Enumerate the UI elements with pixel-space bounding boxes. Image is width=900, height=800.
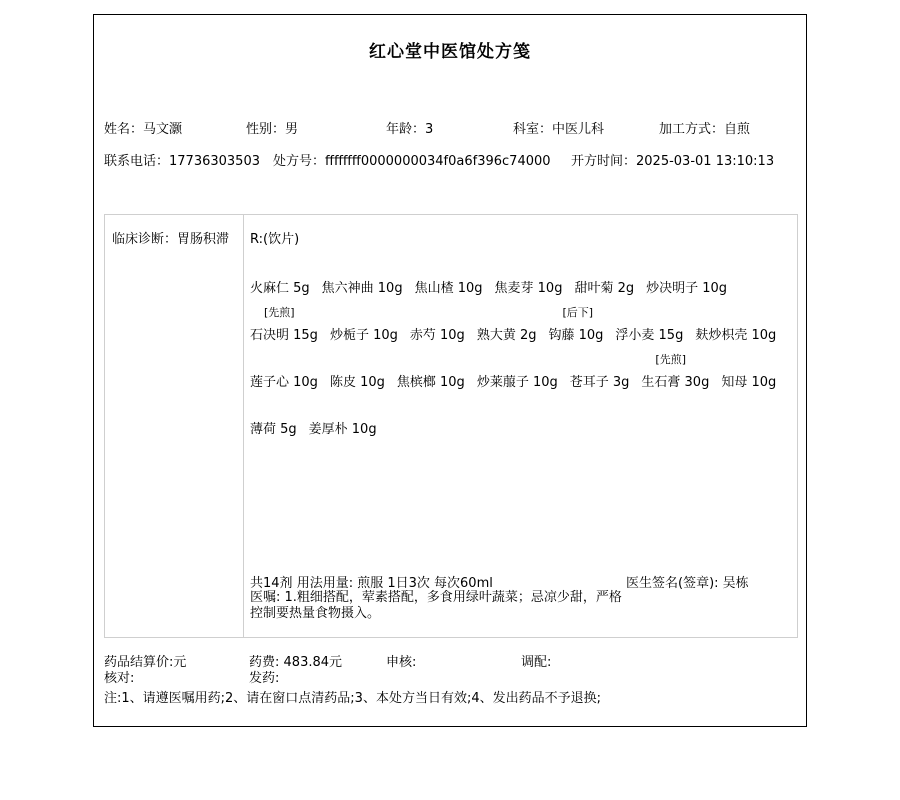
decoction-note: [先煎]	[264, 304, 295, 320]
prescription-page: 红心堂中医馆处方笺 姓名：马文灏 性别：男 年龄：3 科室：中医儿科 加工方式：…	[0, 0, 900, 800]
patient-info-row-2: 联系电话：17736303503 处方号：ffffffff0000000034f…	[94, 150, 806, 168]
herb-item: 薄荷 5g	[250, 418, 297, 437]
patient-name-field: 姓名：马文灏	[104, 118, 182, 137]
herb-item: 炒莱菔子 10g	[477, 371, 558, 390]
patient-age-field: 年龄：3	[386, 118, 433, 137]
field-label: 性别：	[246, 122, 285, 137]
decoction-note: [先煎]	[655, 351, 686, 367]
herb-item: 钩藤 10g[后下]	[548, 324, 603, 343]
field-value: 马文灏	[143, 122, 182, 137]
herb-item: 焦六神曲 10g	[322, 277, 403, 296]
rx-summary: 共14剂 用法用量: 煎服 1日3次 每次60ml 医生签名(签章): 吴栋	[250, 572, 795, 591]
herb-item: 苍耳子 3g	[570, 371, 630, 390]
prescription-sheet: 红心堂中医馆处方笺 姓名：马文灏 性别：男 年龄：3 科室：中医儿科 加工方式：…	[93, 14, 807, 727]
herb-line: 火麻仁 5g焦六神曲 10g焦山楂 10g焦麦芽 10g甜叶菊 2g炒决明子 1…	[250, 256, 795, 303]
check-label: 核对:	[104, 667, 134, 686]
footer-row-1: 药品结算价:元 药费: 483.84元 申核: 调配:	[94, 651, 806, 667]
herb-item: 焦山楂 10g	[415, 277, 483, 296]
footer-row-2: 核对: 发药:	[94, 667, 806, 683]
doctor-signature: 医生签名(签章): 吴栋	[626, 572, 749, 591]
herb-item: 莲子心 10g	[250, 371, 318, 390]
herb-item: 麸炒枳壳 10g	[695, 324, 776, 343]
usage-value: 煎服 1日3次 每次60ml	[357, 576, 493, 591]
field-value: ffffffff0000000034f0a6f396c74000	[325, 154, 551, 169]
herb-item: 石决明 15g[先煎]	[250, 324, 318, 343]
herb-item: 姜厚朴 10g	[309, 418, 377, 437]
usage-label: 用法用量:	[297, 576, 353, 591]
diagnosis-value: 胃肠积滞	[177, 232, 229, 247]
rx-header: R:(饮片)	[250, 228, 299, 247]
field-label: 科室：	[513, 122, 552, 137]
herb-item: 炒决明子 10g	[646, 277, 727, 296]
herb-item: 知母 10g	[721, 371, 776, 390]
herb-item: 火麻仁 5g	[250, 277, 310, 296]
field-label: 加工方式：	[659, 122, 724, 137]
herb-list: 火麻仁 5g焦六神曲 10g焦山楂 10g焦麦芽 10g甜叶菊 2g炒决明子 1…	[250, 256, 795, 444]
herb-item: 甜叶菊 2g	[574, 277, 634, 296]
field-value: 男	[285, 122, 298, 137]
dose-count: 共14剂	[250, 576, 293, 591]
doctor-name: 吴栋	[723, 576, 749, 591]
field-value: 3	[425, 122, 433, 137]
phone-field: 联系电话：17736303503	[104, 150, 260, 169]
diagnosis-label: 临床诊断：	[112, 232, 177, 247]
herb-item: 赤芍 10g	[410, 324, 465, 343]
page-title: 红心堂中医馆处方笺	[94, 37, 806, 62]
field-label: 开方时间：	[571, 154, 636, 169]
prescription-box: 临床诊断：胃肠积滞 R:(饮片) 火麻仁 5g焦六神曲 10g焦山楂 10g焦麦…	[104, 214, 798, 638]
herb-line: 莲子心 10g陈皮 10g焦槟榔 10g炒莱菔子 10g苍耳子 3g生石膏 30…	[250, 350, 795, 397]
prescription-time-field: 开方时间：2025-03-01 13:10:13	[571, 150, 774, 169]
field-value: 中医儿科	[552, 122, 604, 137]
diagnosis-column: 临床诊断：胃肠积滞	[105, 215, 244, 637]
processing-method-field: 加工方式：自煎	[659, 118, 750, 137]
field-label: 年龄：	[386, 122, 425, 137]
herb-line: 石决明 15g[先煎]炒栀子 10g赤芍 10g熟大黄 2g钩藤 10g[后下]…	[250, 303, 795, 350]
field-label: 姓名：	[104, 122, 143, 137]
decoction-note: [后下]	[562, 304, 593, 320]
field-value: 自煎	[724, 122, 750, 137]
rx-column: R:(饮片) 火麻仁 5g焦六神曲 10g焦山楂 10g焦麦芽 10g甜叶菊 2…	[244, 215, 797, 637]
herb-item: 陈皮 10g	[330, 371, 385, 390]
patient-info-row-1: 姓名：马文灏 性别：男 年龄：3 科室：中医儿科 加工方式：自煎	[94, 118, 806, 136]
footer-row-3: 注:1、请遵医嘱用药;2、请在窗口点清药品;3、本处方当日有效;4、发出药品不予…	[94, 687, 806, 703]
herb-item: 焦槟榔 10g	[397, 371, 465, 390]
field-label: 处方号：	[273, 154, 325, 169]
patient-gender-field: 性别：男	[246, 118, 298, 137]
field-value: 17736303503	[169, 154, 260, 169]
herb-item: 浮小麦 15g	[615, 324, 683, 343]
field-label: 联系电话：	[104, 154, 169, 169]
prescription-number-field: 处方号：ffffffff0000000034f0a6f396c74000	[273, 150, 551, 169]
herb-item: 熟大黄 2g	[477, 324, 537, 343]
dispense-label: 发药:	[249, 667, 279, 686]
field-value: 2025-03-01 13:10:13	[636, 154, 774, 169]
herb-item: 焦麦芽 10g	[495, 277, 563, 296]
footer-note: 注:1、请遵医嘱用药;2、请在窗口点清药品;3、本处方当日有效;4、发出药品不予…	[104, 687, 601, 706]
herb-item: 生石膏 30g[先煎]	[641, 371, 709, 390]
medical-advice: 医嘱: 1.粗细搭配，荤素搭配，多食用绿叶蔬菜；忌凉少甜，严格控制要热量食物摄入…	[250, 590, 630, 622]
doctor-signature-label: 医生签名(签章):	[626, 576, 719, 591]
herb-line: 薄荷 5g姜厚朴 10g	[250, 397, 795, 444]
department-field: 科室：中医儿科	[513, 118, 604, 137]
herb-item: 炒栀子 10g	[330, 324, 398, 343]
